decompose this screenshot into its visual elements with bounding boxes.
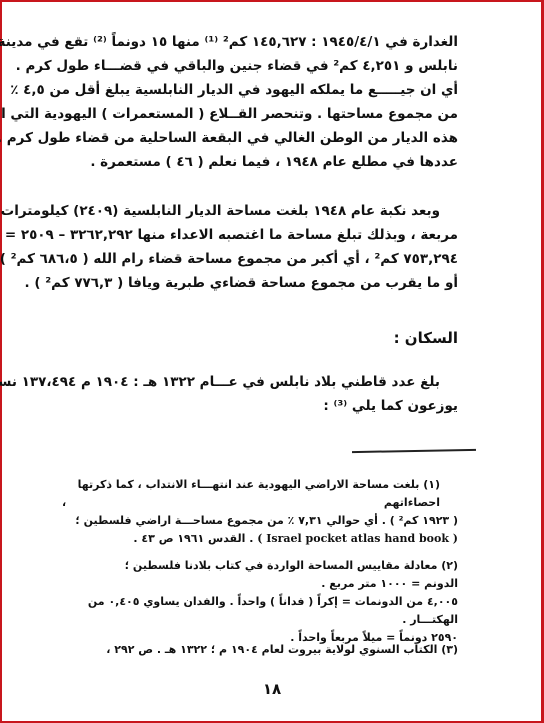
footnote-line: (٢) معادلة مقاييس المساحة الواردة في كتا… <box>62 557 458 575</box>
text-line: نابلس و ٤,٢٥١ كم² في قضاء جنين والباقي ف… <box>62 54 458 78</box>
footnote-citation: ( Israel pocket atlas hand book ) . القد… <box>62 530 458 548</box>
text-line: وبعد نكبة عام ١٩٤٨ بلغت مساحة الديار الن… <box>62 199 458 223</box>
paragraph-population: بلغ عدد قاطني بلاد نابلس في عـــام ١٣٢٢ … <box>62 370 458 418</box>
text-line: أو ما يقرب من مجموع مساحة قضاءي طبرية وي… <box>62 271 458 295</box>
text-line: مربعة ، وبذلك تبلغ مساحة ما اغتصبه الاعد… <box>62 223 458 247</box>
page-number: ١٨ <box>0 680 544 698</box>
footnote-3: (٣) الكتاب السنوي لولاية بيروت لعام ١٩٠٤… <box>62 641 458 659</box>
footnote-line: (١) بلغت مساحة الاراضي اليهودية عند انته… <box>62 476 458 512</box>
text-line: أي ان جيـــــع ما يملكه اليهود في الديار… <box>62 78 458 102</box>
text-line: بلغ عدد قاطني بلاد نابلس في عـــام ١٣٢٢ … <box>62 370 458 394</box>
footnote-line: الدونم = ١٠٠٠ متر مربع . <box>62 575 458 593</box>
footnote-2: (٢) معادلة مقاييس المساحة الواردة في كتا… <box>62 557 458 647</box>
paragraph-land-ownership: الغدارة في ١٩٤٥/٤/١ : ١٤٥,٦٢٧ كم² ⁽¹⁾ من… <box>62 30 458 174</box>
footnote-line: (٣) الكتاب السنوي لولاية بيروت لعام ١٩٠٤… <box>62 641 458 659</box>
paragraph-after-nakba: وبعد نكبة عام ١٩٤٨ بلغت مساحة الديار الن… <box>62 199 458 295</box>
citation-arabic: . القدس ١٩٦١ ص ٤٣ . <box>133 532 253 545</box>
footnote-line: ( ١٩٢٣ كم² ) . أي حوالي ٧,٣١ ٪ من مجموع … <box>62 512 458 530</box>
text-line: من مجموع مساحتها . وتنحصر القــلاع ( الم… <box>62 102 458 126</box>
footnote-line: ٤,٠٠٥ من الدونمات = إكراً ( فداناً ) واح… <box>62 593 458 629</box>
text-line: الغدارة في ١٩٤٥/٤/١ : ١٤٥,٦٢٧ كم² ⁽¹⁾ من… <box>62 30 458 54</box>
text-line: عددها في مطلع عام ١٩٤٨ ، فيما نعلم ( ٤٦ … <box>62 150 458 174</box>
section-heading-population: السكان : <box>62 326 458 350</box>
text-line: هذه الديار من الوطن الغالي في البقعة الس… <box>62 126 458 150</box>
text-line: ٧٥٣,٢٩٤ كم² ، أي أكبر من مجموع مساحة قضا… <box>62 247 458 271</box>
footnote-1: (١) بلغت مساحة الاراضي اليهودية عند انته… <box>62 476 458 548</box>
text-line: يوزعون كما يلي ⁽³⁾ : <box>62 394 458 418</box>
citation-english-title: ( Israel pocket atlas hand book ) <box>257 532 458 545</box>
